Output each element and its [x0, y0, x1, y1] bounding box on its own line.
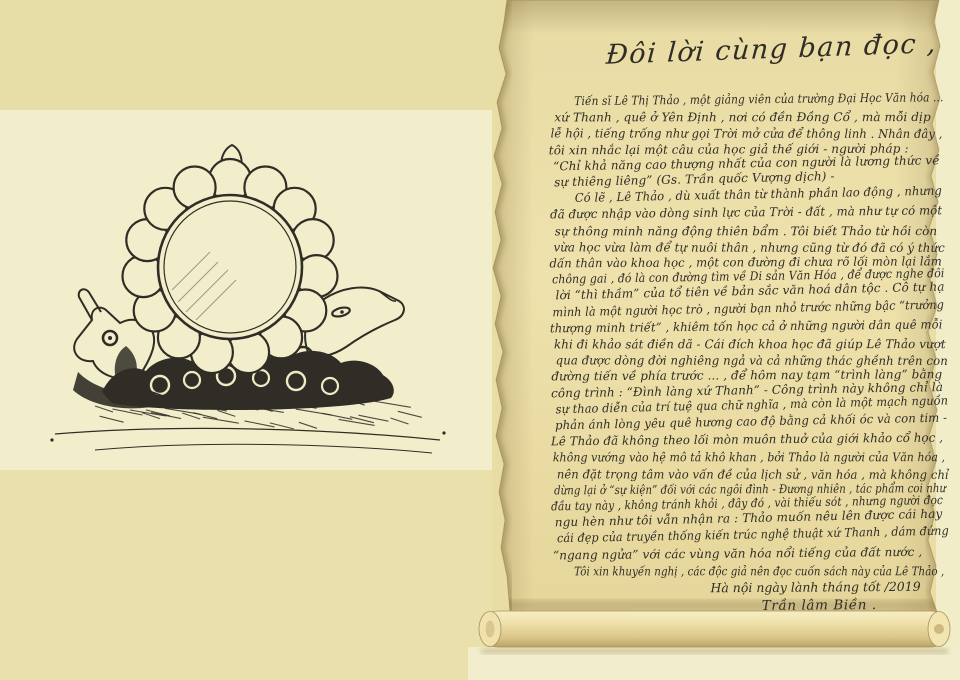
letter-date: Hà nội ngày lành tháng tốt /2019 — [555, 579, 947, 597]
mirror-stand-ink-drawing — [40, 140, 460, 460]
letter-line: “ngang ngửa” với các vùng văn hóa nổi ti… — [553, 543, 945, 563]
roller-shadow — [481, 648, 948, 654]
letter-line: xứ Thanh , quê ở Yên Định , nơi có đền Đ… — [554, 109, 946, 126]
scanned-letter-page: Đôi lời cùng bạn đọc , Tiến sĩ Lê Thị Th… — [0, 0, 960, 680]
letter-line: Tôi xin khuyến nghị , các độc giả nên đọ… — [552, 563, 886, 579]
mirror-circle — [158, 195, 302, 339]
letter-line: sự thông minh năng động thiên bẩm . Tôi … — [555, 223, 947, 239]
background-band-top — [0, 0, 492, 110]
roller-end-left-core — [486, 621, 495, 638]
letter-line: Tiến sĩ Lê Thị Thảo , một giảng viên của… — [551, 90, 898, 110]
roller-end-right-core — [934, 624, 944, 634]
scroll-roller — [481, 611, 948, 647]
letter-line: không vướng vào hệ mô tả khô khan , bởi … — [553, 450, 911, 466]
letter-body: Tiến sĩ Lê Thị Thảo , một giảng viên của… — [551, 91, 947, 616]
letter-line: thượng minh triết” , khiêm tốn học cả ở … — [550, 316, 929, 336]
background-band-bottom — [0, 470, 492, 680]
letter-line: khi đi khảo sát điền dã - Cái đích khoa … — [554, 336, 940, 352]
letter-signature: Trần lâm Biền . — [555, 597, 947, 616]
letter-line: Lê Thảo đã không theo lối mòn muôn thuở … — [551, 430, 935, 450]
letter-line: đã được nhập vào dòng sinh lực của Trời … — [550, 203, 932, 223]
